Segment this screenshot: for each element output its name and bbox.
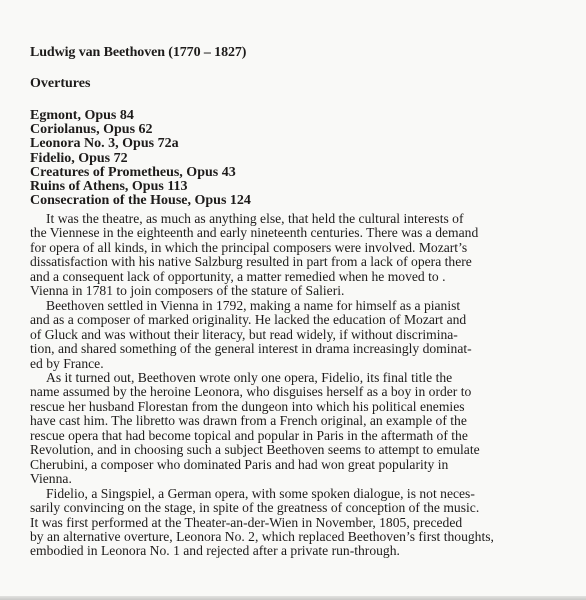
work-item: Coriolanus, Opus 62 (30, 123, 251, 137)
text-line: name assumed by the heroine Leonora, who… (30, 385, 570, 399)
text-line: Beethoven settled in Vienna in 1792, mak… (30, 299, 570, 313)
text-line: It was first performed at the Theater-an… (30, 516, 570, 530)
text-line: Fidelio, a Singspiel, a German opera, wi… (30, 487, 570, 501)
text-line: tion, and shared something of the genera… (30, 342, 570, 356)
text-line: Cherubini, a composer who dominated Pari… (30, 458, 570, 472)
work-item: Creatures of Prometheus, Opus 43 (30, 166, 251, 180)
text-line: for opera of all kinds, in which the pri… (30, 241, 570, 255)
text-line: and as a composer of marked originality.… (30, 313, 570, 327)
work-item: Leonora No. 3, Opus 72a (30, 137, 251, 151)
work-item: Fidelio, Opus 72 (30, 152, 251, 166)
work-item: Consecration of the House, Opus 124 (30, 194, 251, 208)
works-list: Egmont, Opus 84 Coriolanus, Opus 62 Leon… (30, 109, 251, 208)
text-line: rescue opera that had become topical and… (30, 429, 570, 443)
text-line: embodied in Leonora No. 1 and rejected a… (30, 544, 570, 558)
section-title: Overtures (30, 76, 90, 92)
text-line: It was the theatre, as much as anything … (30, 212, 570, 226)
document-page: Ludwig van Beethoven (1770 – 1827) Overt… (0, 0, 586, 596)
text-line: dissatisfaction with his native Salzburg… (30, 255, 570, 269)
text-line: of Gluck and was without their literacy,… (30, 328, 570, 342)
paragraph-vienna: Beethoven settled in Vienna in 1792, mak… (30, 299, 570, 371)
composer-heading: Ludwig van Beethoven (1770 – 1827) (30, 45, 246, 61)
work-item: Ruins of Athens, Opus 113 (30, 180, 251, 194)
text-line: rescue her husband Florestan from the du… (30, 400, 570, 414)
text-line: and a consequent lack of opportunity, a … (30, 270, 570, 284)
paragraph-fidelio-premiere: Fidelio, a Singspiel, a German opera, wi… (30, 487, 570, 559)
body-text: It was the theatre, as much as anything … (30, 212, 570, 559)
text-line: sarily convincing on the stage, in spite… (30, 501, 570, 515)
text-line: As it turned out, Beethoven wrote only o… (30, 371, 570, 385)
text-line: Vienna in 1781 to join composers of the … (30, 284, 570, 298)
text-line: by an alternative overture, Leonora No. … (30, 530, 570, 544)
text-line: ed by France. (30, 357, 570, 371)
work-item: Egmont, Opus 84 (30, 109, 251, 123)
page-bottom-edge (0, 596, 586, 600)
paragraph-theatre: It was the theatre, as much as anything … (30, 212, 570, 299)
text-line: have cast him. The libretto was drawn fr… (30, 414, 570, 428)
paragraph-fidelio-origin: As it turned out, Beethoven wrote only o… (30, 371, 570, 487)
text-line: the Viennese in the eighteenth and early… (30, 226, 570, 240)
text-line: Vienna. (30, 472, 570, 486)
text-line: Revolution, and in choosing such a subje… (30, 443, 570, 457)
